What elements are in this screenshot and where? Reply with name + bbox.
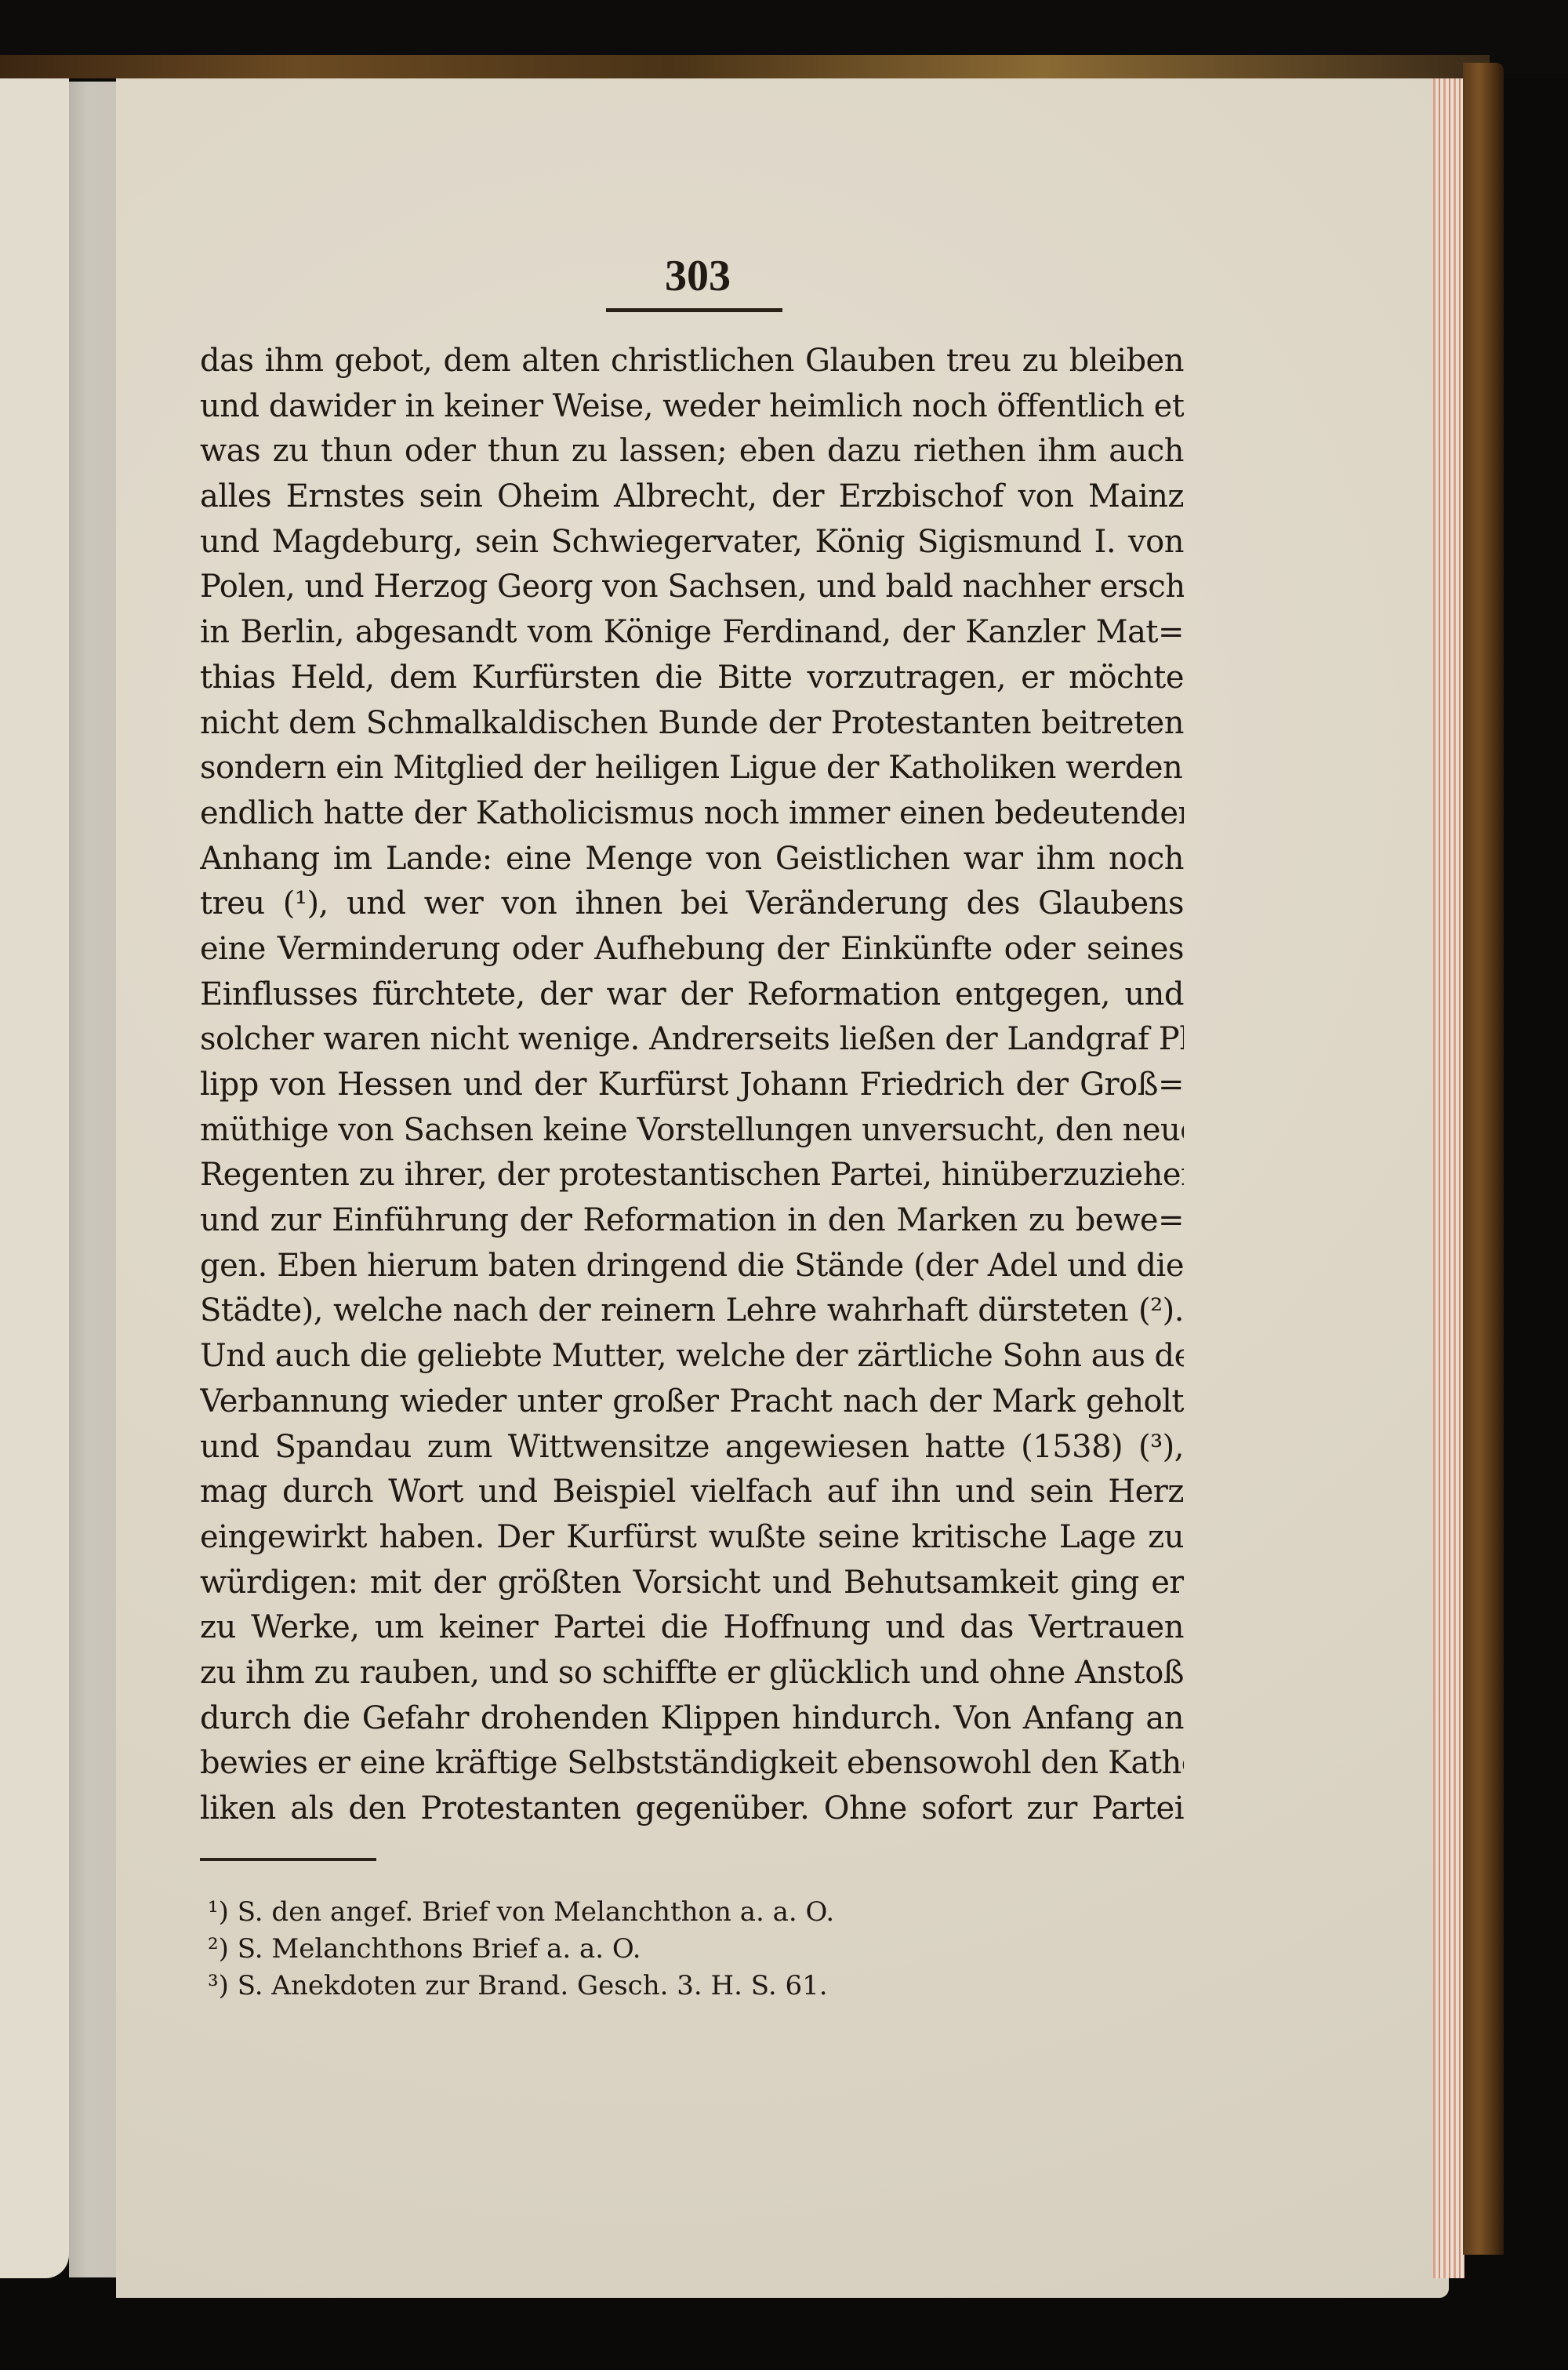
text-line: und zur Einführung der Reformation in de… <box>200 1198 1184 1244</box>
text-line: eingewirkt haben. Der Kurfürst wußte sei… <box>200 1515 1184 1561</box>
text-line: und Magdeburg, sein Schwiegervater, Köni… <box>200 520 1184 565</box>
text-line: Städte), welche nach der reinern Lehre w… <box>200 1289 1184 1334</box>
text-line: Anhang im Lande: eine Menge von Geistlic… <box>200 837 1184 882</box>
text-line: lipp von Hessen und der Kurfürst Johann … <box>200 1063 1184 1108</box>
text-line: und Spandau zum Wittwensitze angewiesen … <box>200 1425 1184 1470</box>
text-line: alles Ernstes sein Oheim Albrecht, der E… <box>200 474 1184 520</box>
text-line: thias Held, dem Kurfürsten die Bitte vor… <box>200 656 1184 701</box>
body-text: das ihm gebot, dem alten christlichen Gl… <box>200 339 1184 1832</box>
text-line: zu ihm zu rauben, und so schiffte er glü… <box>200 1651 1184 1696</box>
book-gutter <box>69 82 116 2277</box>
text-line: liken als den Protestanten gegenüber. Oh… <box>200 1787 1184 1832</box>
text-line: bewies er eine kräftige Selbstständigkei… <box>200 1741 1184 1787</box>
text-line: mag durch Wort und Beispiel vielfach auf… <box>200 1470 1184 1515</box>
text-line: in Berlin, abgesandt vom Könige Ferdinan… <box>200 610 1184 656</box>
text-line: Verbannung wieder unter großer Pracht na… <box>200 1379 1184 1425</box>
text-line: Polen, und Herzog Georg von Sachsen, und… <box>200 565 1184 610</box>
text-line: müthige von Sachsen keine Vorstellungen … <box>200 1108 1184 1154</box>
text-line: würdigen: mit der größten Vorsicht und B… <box>200 1561 1184 1606</box>
footnote-3: ³) S. Anekdoten zur Brand. Gesch. 3. H. … <box>208 1968 992 2005</box>
text-line: durch die Gefahr drohenden Klippen hindu… <box>200 1696 1184 1742</box>
book-cover-right <box>1463 63 1504 2255</box>
text-line: Und auch die geliebte Mutter, welche der… <box>200 1334 1184 1379</box>
text-line: Einflusses fürchtete, der war der Reform… <box>200 972 1184 1018</box>
footnote-2: ²) S. Melanchthons Brief a. a. O. <box>208 1931 992 1968</box>
text-line: nicht dem Schmalkaldischen Bunde der Pro… <box>200 701 1184 747</box>
text-line: was zu thun oder thun zu lassen; eben da… <box>200 429 1184 474</box>
text-line: solcher waren nicht wenige. Andrerseits … <box>200 1017 1184 1063</box>
text-line: Regenten zu ihrer, der protestantischen … <box>200 1153 1184 1198</box>
book-headband <box>0 55 1490 78</box>
footnote-1: ¹) S. den angef. Brief von Melanchthon a… <box>208 1894 992 1931</box>
header-rule <box>606 308 782 312</box>
footnote-rule <box>200 1858 376 1861</box>
text-line: gen. Eben hierum baten dringend die Stän… <box>200 1244 1184 1289</box>
text-line: treu (¹), und wer von ihnen bei Veränder… <box>200 881 1184 927</box>
page-block-edges <box>1433 78 1465 2278</box>
text-line: das ihm gebot, dem alten christlichen Gl… <box>200 339 1184 384</box>
page-number: 303 <box>604 251 792 301</box>
text-line: eine Verminderung oder Aufhebung der Ein… <box>200 927 1184 972</box>
left-page-edge <box>0 78 69 2278</box>
text-line: und dawider in keiner Weise, weder heiml… <box>200 384 1184 430</box>
text-line: zu Werke, um keiner Partei die Hoffnung … <box>200 1605 1184 1651</box>
text-line: sondern ein Mitglied der heiligen Ligue … <box>200 746 1184 791</box>
text-line: endlich hatte der Katholicismus noch imm… <box>200 791 1184 837</box>
footnotes: ¹) S. den angef. Brief von Melanchthon a… <box>208 1894 992 2005</box>
